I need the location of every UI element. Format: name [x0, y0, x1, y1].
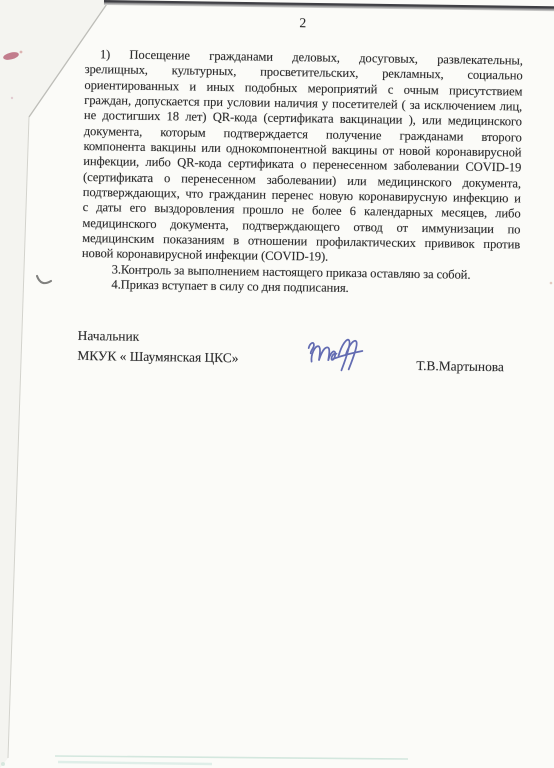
scanned-document-page: 2 1) Посещение гражданами деловых, досуг… [0, 0, 554, 768]
handwritten-signature-ink [304, 333, 367, 378]
signer-name: Т.В.Мартынова [416, 358, 504, 375]
signature-stroke-group [308, 339, 362, 370]
signatory-title: Начальник [78, 326, 239, 348]
bottom-scan-line [55, 756, 408, 759]
hole-punch-mark [37, 276, 51, 283]
signature-stroke [311, 346, 336, 362]
document-content: 2 1) Посещение гражданами деловых, досуг… [75, 47, 523, 753]
organization-name: МКУК « Шаумянская ЦКС» [77, 345, 238, 367]
right-edge-speck [550, 282, 553, 285]
ink-smudge-dot [20, 51, 23, 54]
bottom-corner-speck [1, 762, 5, 766]
bottom-scan-line-2 [58, 762, 212, 764]
signatory-title-block: Начальник МКУК « Шаумянская ЦКС» [77, 326, 239, 367]
ink-speck [11, 97, 13, 99]
page-number: 2 [299, 15, 306, 31]
order-body: 1) Посещение гражданами деловых, досугов… [81, 47, 523, 299]
